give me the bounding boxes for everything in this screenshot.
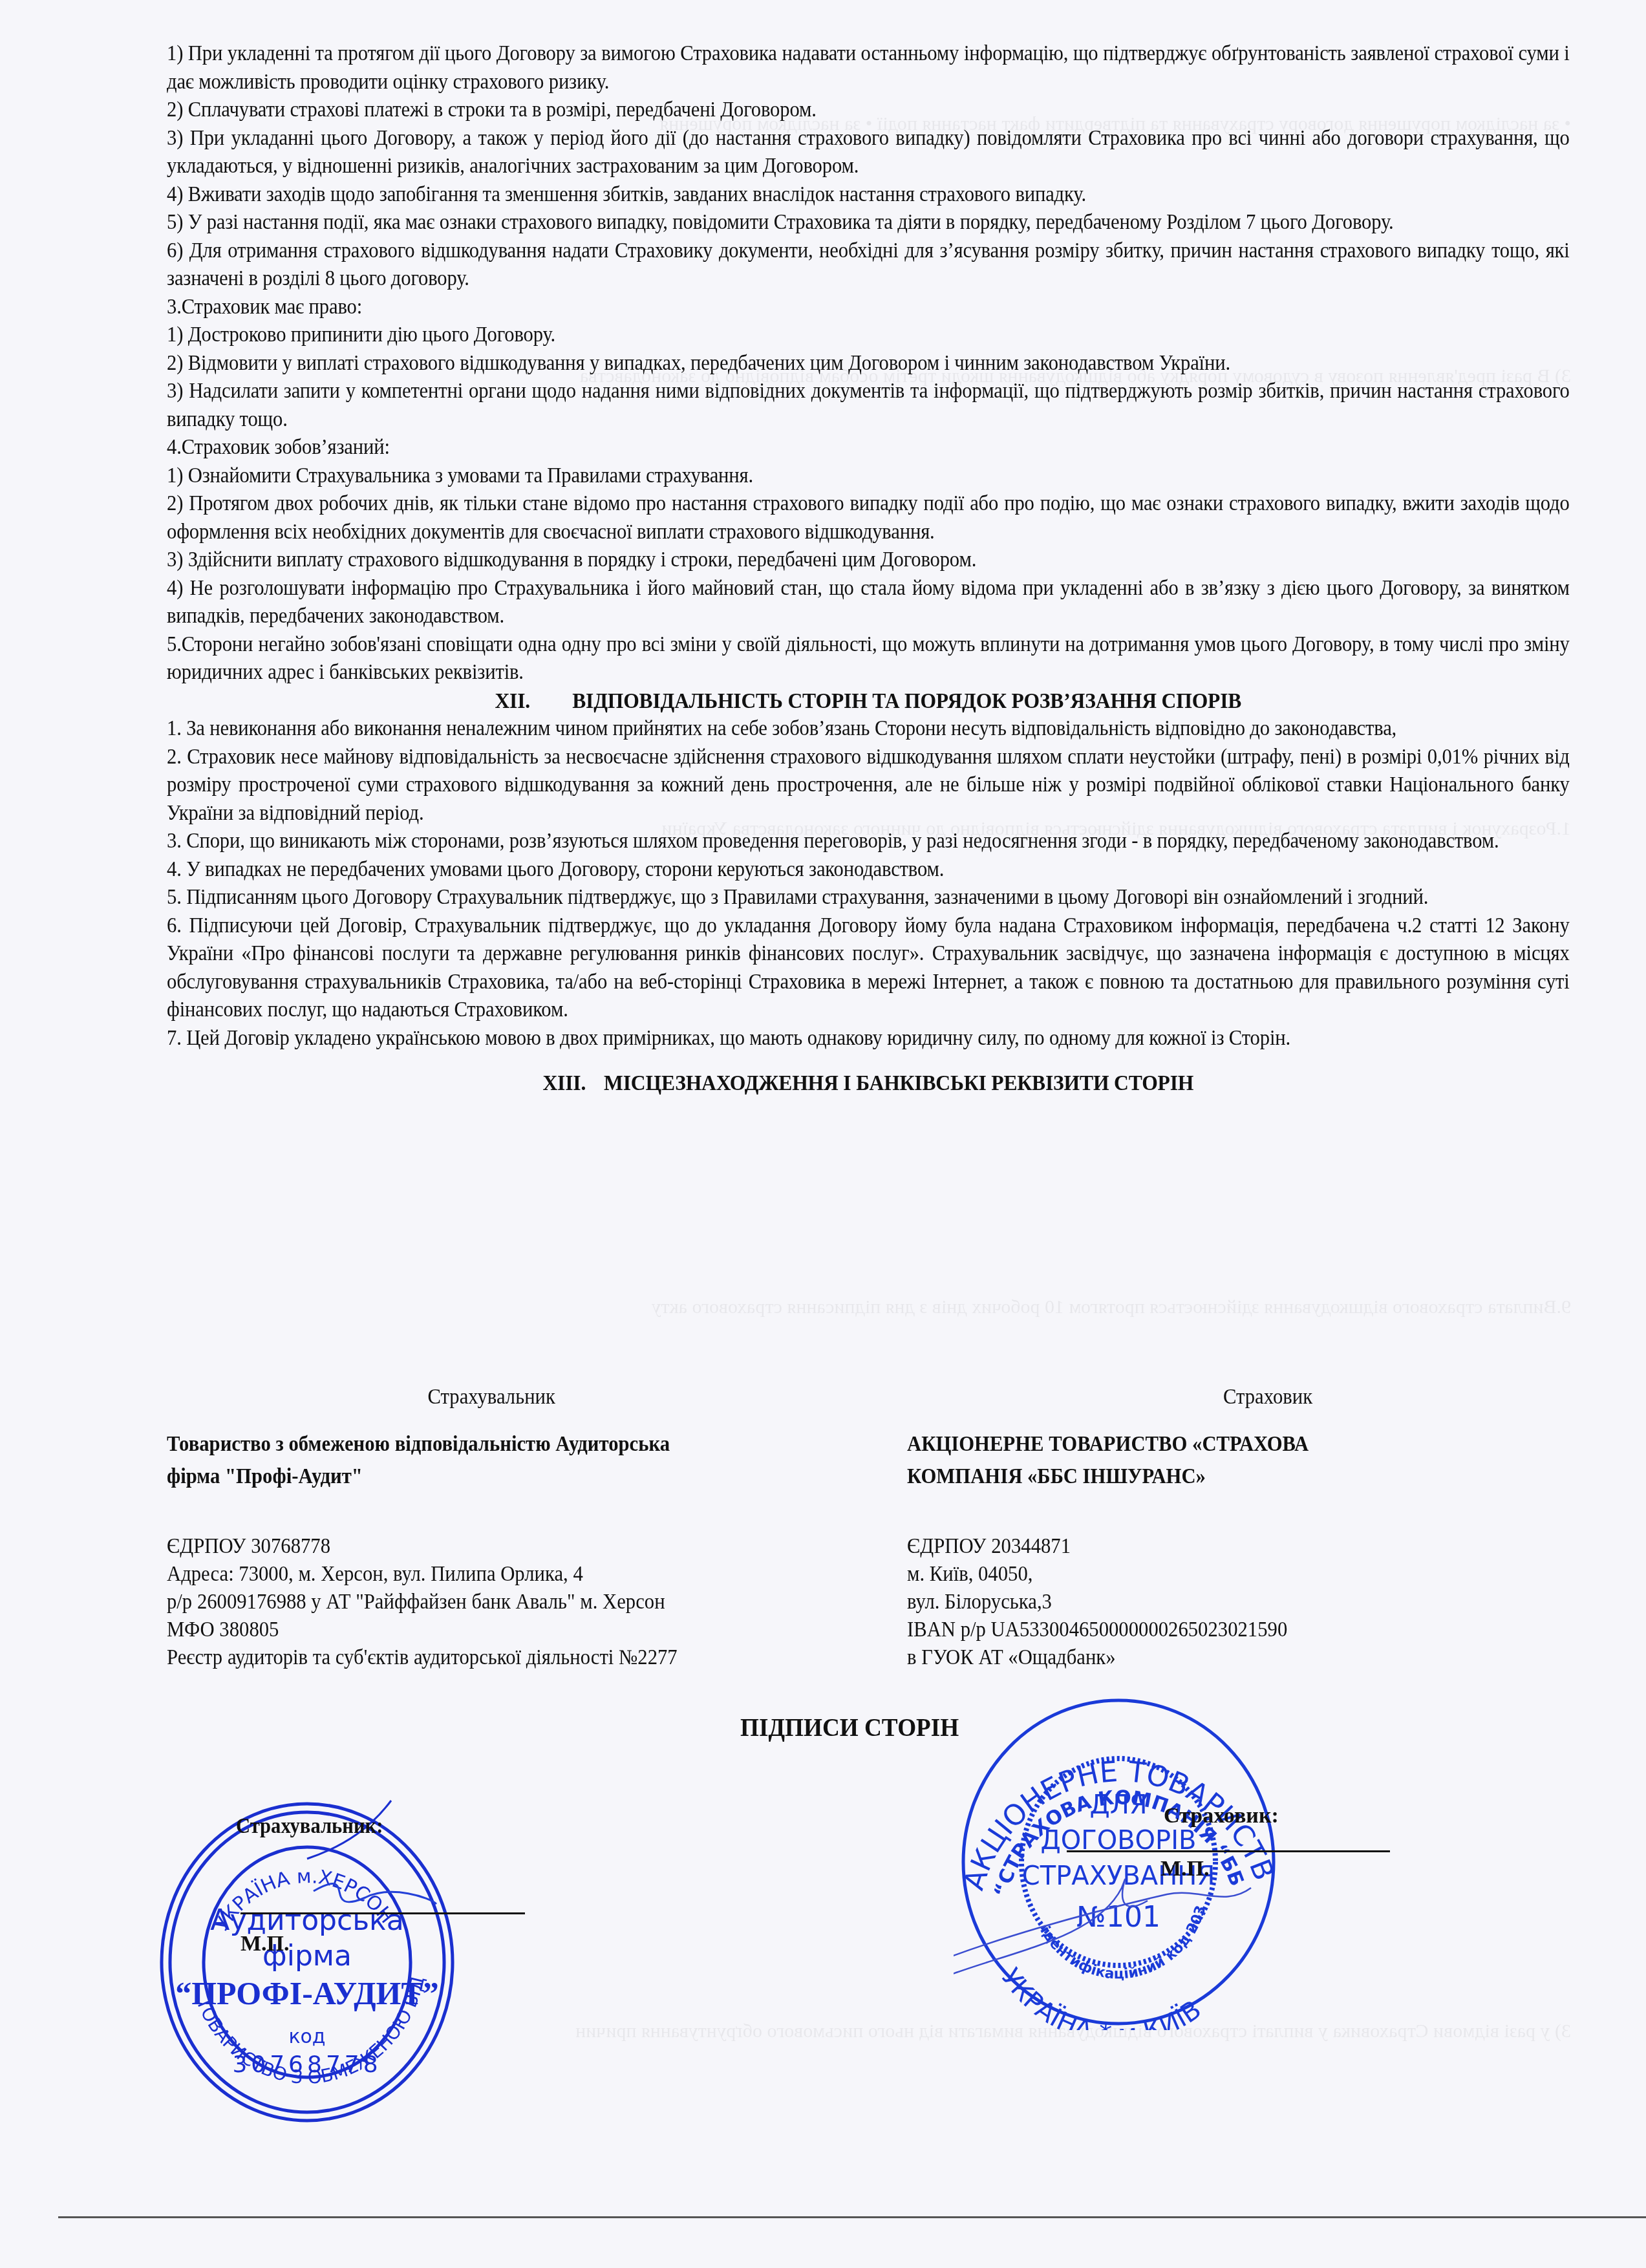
insurer-signature-label: Страховик:: [1164, 1804, 1279, 1828]
section-title: МІСЦЕЗНАХОДЖЕННЯ І БАНКІВСЬКІ РЕКВІЗИТИ …: [604, 1071, 1193, 1095]
insurer-role: Страховик: [1148, 1384, 1388, 1411]
insured-mfo: МФО 380805: [167, 1616, 859, 1644]
insured-seal-label: М.П.: [240, 1932, 290, 1956]
paragraph: 7. Цей Договір укладено українською мово…: [167, 1025, 1570, 1053]
paragraph: 1. За невиконання або виконання неналежн…: [167, 715, 1570, 744]
svg-text:Аудиторська: Аудиторська: [210, 1904, 403, 1937]
insurer-bank: в ГУОК АТ «Ощадбанк»: [907, 1644, 1568, 1672]
svg-text:ідентифікаційний код 20344871: ідентифікаційний код 20344871: [954, 1694, 1210, 1982]
section-number: XIII.: [542, 1069, 586, 1098]
section-13-heading: XIII.МІСЦЕЗНАХОДЖЕННЯ І БАНКІВСЬКІ РЕКВІ…: [167, 1069, 1570, 1098]
insured-details: Страхувальник Товариство з обмеженою від…: [167, 1384, 859, 1672]
svg-text:ДЛЯ: ДЛЯ: [1089, 1790, 1147, 1820]
paragraph: 6) Для отримання страхового відшкодуванн…: [167, 237, 1570, 294]
insurer-seal-label: М.П.: [1160, 1857, 1210, 1881]
svg-text:№101: №101: [1076, 1901, 1160, 1934]
paragraph: 5) У разі настання події, яка має ознаки…: [167, 209, 1570, 237]
insurer-signature-block: Страховик:: [1164, 1804, 1279, 1828]
insured-address: Адреса: 73000, м. Херсон, вул. Пилипа Ор…: [167, 1561, 859, 1589]
paragraph: 3. Спори, що виникають між сторонами, ро…: [167, 828, 1570, 856]
paragraph: 5.Сторони негайно зобов'язані сповіщати …: [167, 631, 1570, 687]
paragraph: 2. Страховик несе майнову відповідальніс…: [167, 744, 1570, 828]
insurer-company-seal-icon: АКЦІОНЕРНЕ ТОВАРИСТВО “СТРАХОВА КОМПАНІЯ…: [954, 1694, 1283, 2030]
insured-role: Страхувальник: [311, 1384, 672, 1411]
subsection-heading: 4.Страховик зобов’язаний:: [167, 434, 1570, 462]
svg-text:код: код: [288, 2026, 325, 2048]
paragraph: 3) При укладанні цього Договору, а також…: [167, 125, 1570, 181]
signatures-title: ПІДПИСИ СТОРІН: [740, 1712, 959, 1742]
section-number: XII.: [495, 687, 530, 716]
insurer-signature-line: [1067, 1850, 1390, 1852]
page-bottom-edge: [58, 2216, 1646, 2218]
svg-text:30768778: 30768778: [232, 2051, 381, 2078]
paragraph: 3) Здійснити виплату страхового відшкоду…: [167, 546, 1570, 575]
bleed-through-text: 3) у разі відмови Страховика у виплаті с…: [175, 2017, 1571, 2046]
insurer-details: Страховик АКЦІОНЕРНЕ ТОВАРИСТВО «СТРАХОВ…: [907, 1384, 1568, 1672]
section-12-heading: XII.ВІДПОВІДАЛЬНІСТЬ СТОРІН ТА ПОРЯДОК Р…: [167, 687, 1570, 716]
insured-signature-block: Страхувальник:: [236, 1814, 400, 1839]
paragraph: 2) Сплачувати страхові платежі в строки …: [167, 96, 1570, 125]
svg-text:“ПРОФІ-АУДИТ”: “ПРОФІ-АУДИТ”: [175, 1975, 439, 2011]
paragraph: 4. У випадках не передбачених умовами ць…: [167, 856, 1570, 884]
paragraph: 1) При укладенні та протягом дії цього Д…: [167, 40, 1570, 96]
paragraph: 5. Підписанням цього Договору Страхуваль…: [167, 884, 1570, 912]
paragraph: 4) Не розголошувати інформацію про Страх…: [167, 575, 1570, 631]
paragraph: 2) Відмовити у виплаті страхового відшко…: [167, 350, 1570, 378]
insurer-org-name: АКЦІОНЕРНЕ ТОВАРИСТВО «СТРАХОВА КОМПАНІЯ…: [907, 1428, 1568, 1493]
insured-org-name: Товариство з обмеженою відповідальністю …: [167, 1428, 859, 1493]
svg-text:АКЦІОНЕРНЕ ТОВАРИСТВО: АКЦІОНЕРНЕ ТОВАРИСТВО: [954, 1694, 1280, 1894]
insurer-street: вул. Білоруська,3: [907, 1589, 1568, 1616]
svg-text:УКРАЇНА м.ХЕРСОН: УКРАЇНА м.ХЕРСОН: [210, 1865, 398, 1936]
insured-registry: Реєстр аудиторів та суб'єктів аудиторськ…: [167, 1644, 859, 1672]
insured-account: р/р 26009176988 у АТ "Райффайзен банк Ав…: [167, 1589, 859, 1616]
paragraph: 6. Підписуючи цей Договір, Страхувальник…: [167, 912, 1570, 1025]
bleed-through-text: 9.Виплата страхового відшкодування здійс…: [175, 1293, 1571, 1321]
insured-signature-label: Страхувальник:: [236, 1814, 383, 1839]
insured-signature-line: [240, 1912, 525, 1914]
insured-edrpou: ЄДРПОУ 30768778: [167, 1533, 859, 1561]
section-title: ВІДПОВІДАЛЬНІСТЬ СТОРІН ТА ПОРЯДОК РОЗВ’…: [572, 689, 1241, 713]
paragraph: 2) Протягом двох робочих днів, як тільки…: [167, 490, 1570, 546]
paragraph: 1) Достроково припинити дію цього Догово…: [167, 321, 1570, 350]
contract-body: 1) При укладенні та протягом дії цього Д…: [167, 40, 1570, 1098]
insurer-iban: IBAN р/р UA533004650000000265023021590: [907, 1616, 1568, 1644]
svg-text:УКРАЇНА * м.КИЇВ: УКРАЇНА * м.КИЇВ: [995, 1963, 1206, 2030]
paragraph: 1) Ознайомити Страхувальника з умовами т…: [167, 462, 1570, 491]
paragraph: 3) Надсилати запити у компетентні органи…: [167, 378, 1570, 434]
parties-details: Страхувальник Товариство з обмеженою від…: [167, 1384, 1576, 1578]
insurer-city: м. Київ, 04050,: [907, 1561, 1568, 1589]
paragraph: 4) Вживати заходів щодо запобігання та з…: [167, 181, 1570, 209]
subsection-heading: 3.Страховик має право:: [167, 294, 1570, 322]
insurer-edrpou: ЄДРПОУ 20344871: [907, 1533, 1568, 1561]
document-page: • за наслідком порушення договору страху…: [0, 0, 1646, 2268]
